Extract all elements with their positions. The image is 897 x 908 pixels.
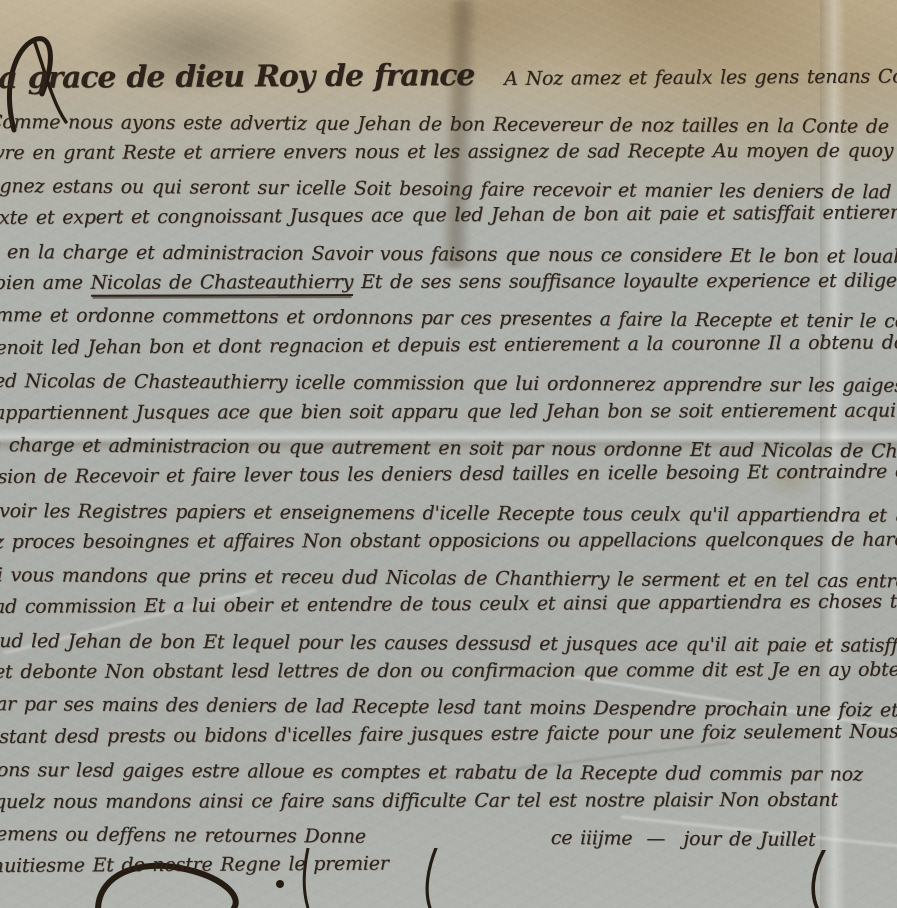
name-line-pre: bien ame [0,272,91,294]
manuscript-line: ssion de Recevoir et faire lever tous le… [0,456,897,494]
dateline-left: demens ou deffens ne retournes Donne [0,823,366,848]
opening-royal-style: la grace de dieu Roy de france [0,58,474,96]
manuscript-line: et debonte Non obstant lesd lettres de d… [0,653,897,688]
manuscript-line: quelz nous mandons ainsi ce faire sans d… [0,783,897,818]
opening-address: A Noz amez et feaulx les gens tenans Con… [504,63,897,90]
manuscript-line: vre en grant Reste et arriere envers nou… [0,135,897,170]
manuscript-photo: { "document": { "kind": "Photograph of a… [0,0,897,908]
manuscript-line: ostant desd prests ou bidons d'icelles f… [0,715,897,753]
manuscript-line: lad commission Et a lui obeir et entendr… [0,585,897,623]
name-line-post: Et de ses sens souffisance loyaulte expe… [353,269,897,293]
manuscript-line: appartiennent Jusques ace que bien soit … [0,394,897,429]
manuscript-line-closing: huitiesme Et de nostre Regne le premier [0,845,897,883]
appointee-name-underlined: Nicolas de Chasteauthierry [91,271,354,297]
manuscript-line: z proces besoingnes et affaires Non obst… [0,524,897,559]
manuscript-line-appointee: bien ame Nicolas de Chasteauthierry Et d… [0,265,897,300]
manuscript-text-block: la grace de dieu Roy de franceA Noz amez… [0,56,897,883]
manuscript-line-opening: la grace de dieu Roy de franceA Noz amez… [0,50,897,105]
manuscript-line: exte et expert et congnoissant Jusques a… [0,197,897,235]
manuscript-line: tenoit led Jehan bon et dont regnacion e… [0,326,897,364]
